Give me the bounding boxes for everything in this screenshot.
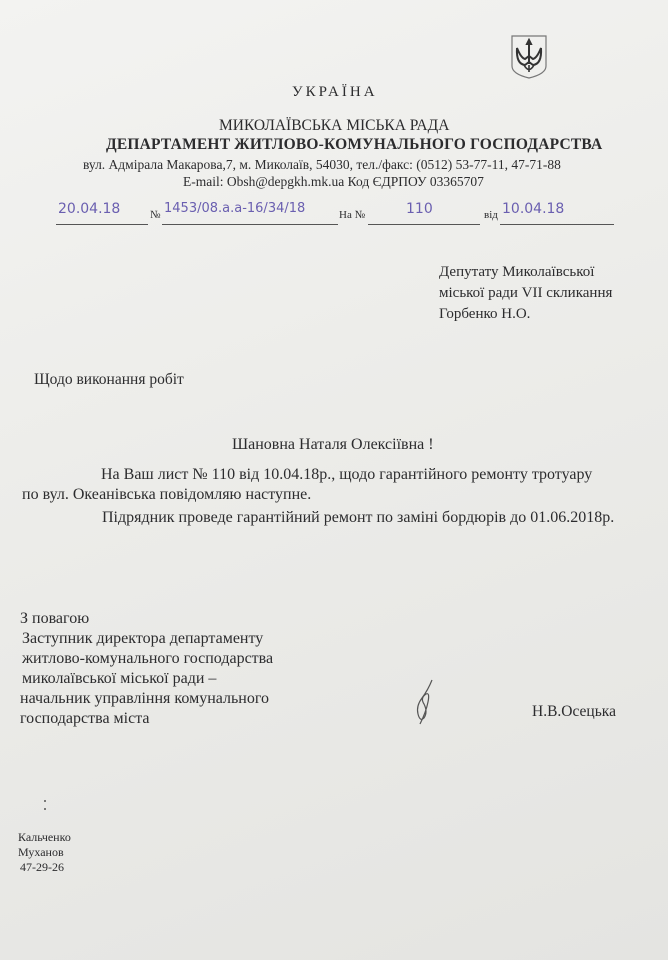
recipient-line: Горбенко Н.О.: [439, 304, 612, 325]
number-underline: [162, 224, 338, 225]
reply-to-underline: [368, 224, 480, 225]
recipient-line: міської ради VII скликання: [439, 283, 612, 304]
recipient-block: Депутату Миколаївської міської ради VII …: [439, 262, 612, 325]
date-underline: [56, 224, 148, 225]
signer-title-line: начальник управління комунального: [20, 689, 273, 709]
mark: [44, 800, 46, 802]
executors-block: Кальченко Муханов 47-29-26: [18, 830, 71, 875]
reply-to-date: 10.04.18: [502, 201, 564, 217]
recipient-line: Депутату Миколаївської: [439, 262, 612, 283]
reply-to-label: На №: [339, 209, 365, 221]
reply-date-underline: [500, 224, 614, 225]
body-paragraph-1: На Ваш лист № 110 від 10.04.18р., щодо г…: [101, 466, 592, 484]
reply-to-number: 110: [406, 201, 433, 217]
department-name: ДЕПАРТАМЕНТ ЖИТЛОВО-КОМУНАЛЬНОГО ГОСПОДА…: [106, 136, 602, 154]
signer-title-line: Заступник директора департаменту: [22, 629, 273, 649]
signer-name: Н.В.Осецька: [532, 703, 616, 721]
signer-title-line: господарства міста: [20, 709, 273, 729]
handwritten-signature-icon: [408, 678, 438, 728]
outgoing-number: 1453/08.a.a-16/34/18: [164, 201, 305, 216]
outgoing-date: 20.04.18: [58, 201, 120, 217]
greeting: Шановна Наталя Олексіївна !: [232, 436, 434, 454]
body-paragraph-2: Підрядник проведе гарантійний ремонт по …: [102, 509, 614, 527]
letter-subject: Щодо виконання робіт: [34, 371, 184, 389]
body-paragraph-1-continued: по вул. Океанівська повідомляю наступне.: [22, 486, 311, 504]
from-label: від: [484, 209, 498, 221]
signer-title-line: житлово-комунального господарства: [22, 649, 273, 669]
closing: З повагою: [20, 609, 273, 629]
executor-phone: 47-29-26: [20, 860, 71, 875]
executor-name: Муханов: [18, 845, 71, 860]
country-title: УКРАЇНА: [292, 84, 378, 101]
department-email: E-mail: Obsh@depgkh.mk.ua Код ЄДРПОУ 033…: [183, 174, 484, 190]
executor-name: Кальченко: [18, 830, 71, 845]
department-address: вул. Адмірала Макарова,7, м. Миколаїв, 5…: [83, 157, 561, 173]
trident-coat-of-arms-icon: [510, 34, 548, 80]
signer-title-line: миколаївської міської ради –: [22, 669, 273, 689]
reference-line: 20.04.18 № 1453/08.a.a-16/34/18 На № 110…: [56, 203, 616, 225]
signature-block: З повагою Заступник директора департамен…: [20, 609, 273, 729]
mark: [44, 808, 46, 810]
number-label: №: [150, 209, 161, 221]
council-name: МИКОЛАЇВСЬКА МІСЬКА РАДА: [219, 117, 449, 135]
